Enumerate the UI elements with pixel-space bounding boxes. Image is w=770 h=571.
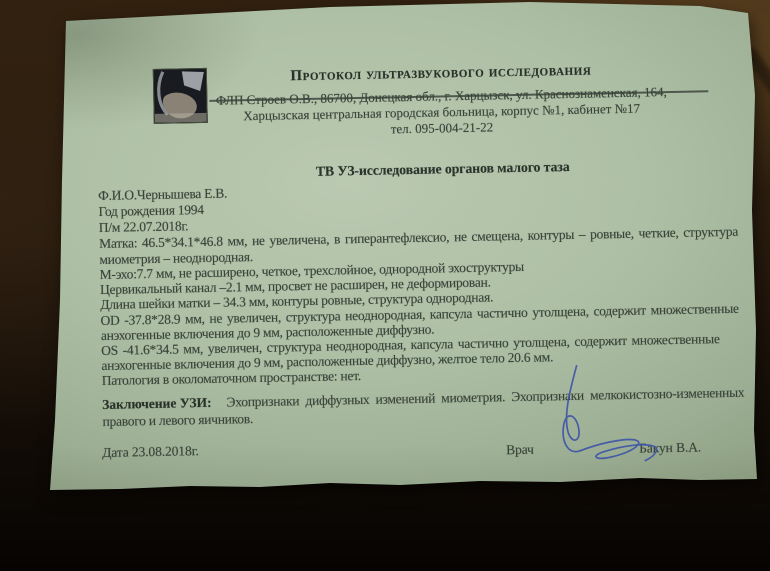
uterus-line: Матка: 46.5*34.1*46.8 мм, не увеличена, … [99, 224, 738, 252]
lmp-date-line: П/м 22.07.2018г. [99, 218, 189, 236]
document-content: Протокол ультразвукового исследования ФЛ… [0, 0, 770, 571]
doctor-label: Врач [506, 442, 534, 459]
study-title: ТВ УЗ-исследование органов малого таза [143, 156, 743, 184]
patient-name-line: Ф.И.О.Чернышева Е.В. [98, 186, 227, 204]
conclusion-line-2: правого и левого яичников. [102, 411, 253, 430]
photo-of-document: Протокол ультразвукового исследования ФЛ… [0, 0, 770, 571]
conclusion-label: Заключение УЗИ: [102, 395, 212, 412]
date-line: Дата 23.08.2018г. [102, 443, 199, 461]
conclusion-text: Эхопризнаки диффузных изменений миометри… [226, 385, 744, 410]
doctor-signature [547, 363, 661, 465]
